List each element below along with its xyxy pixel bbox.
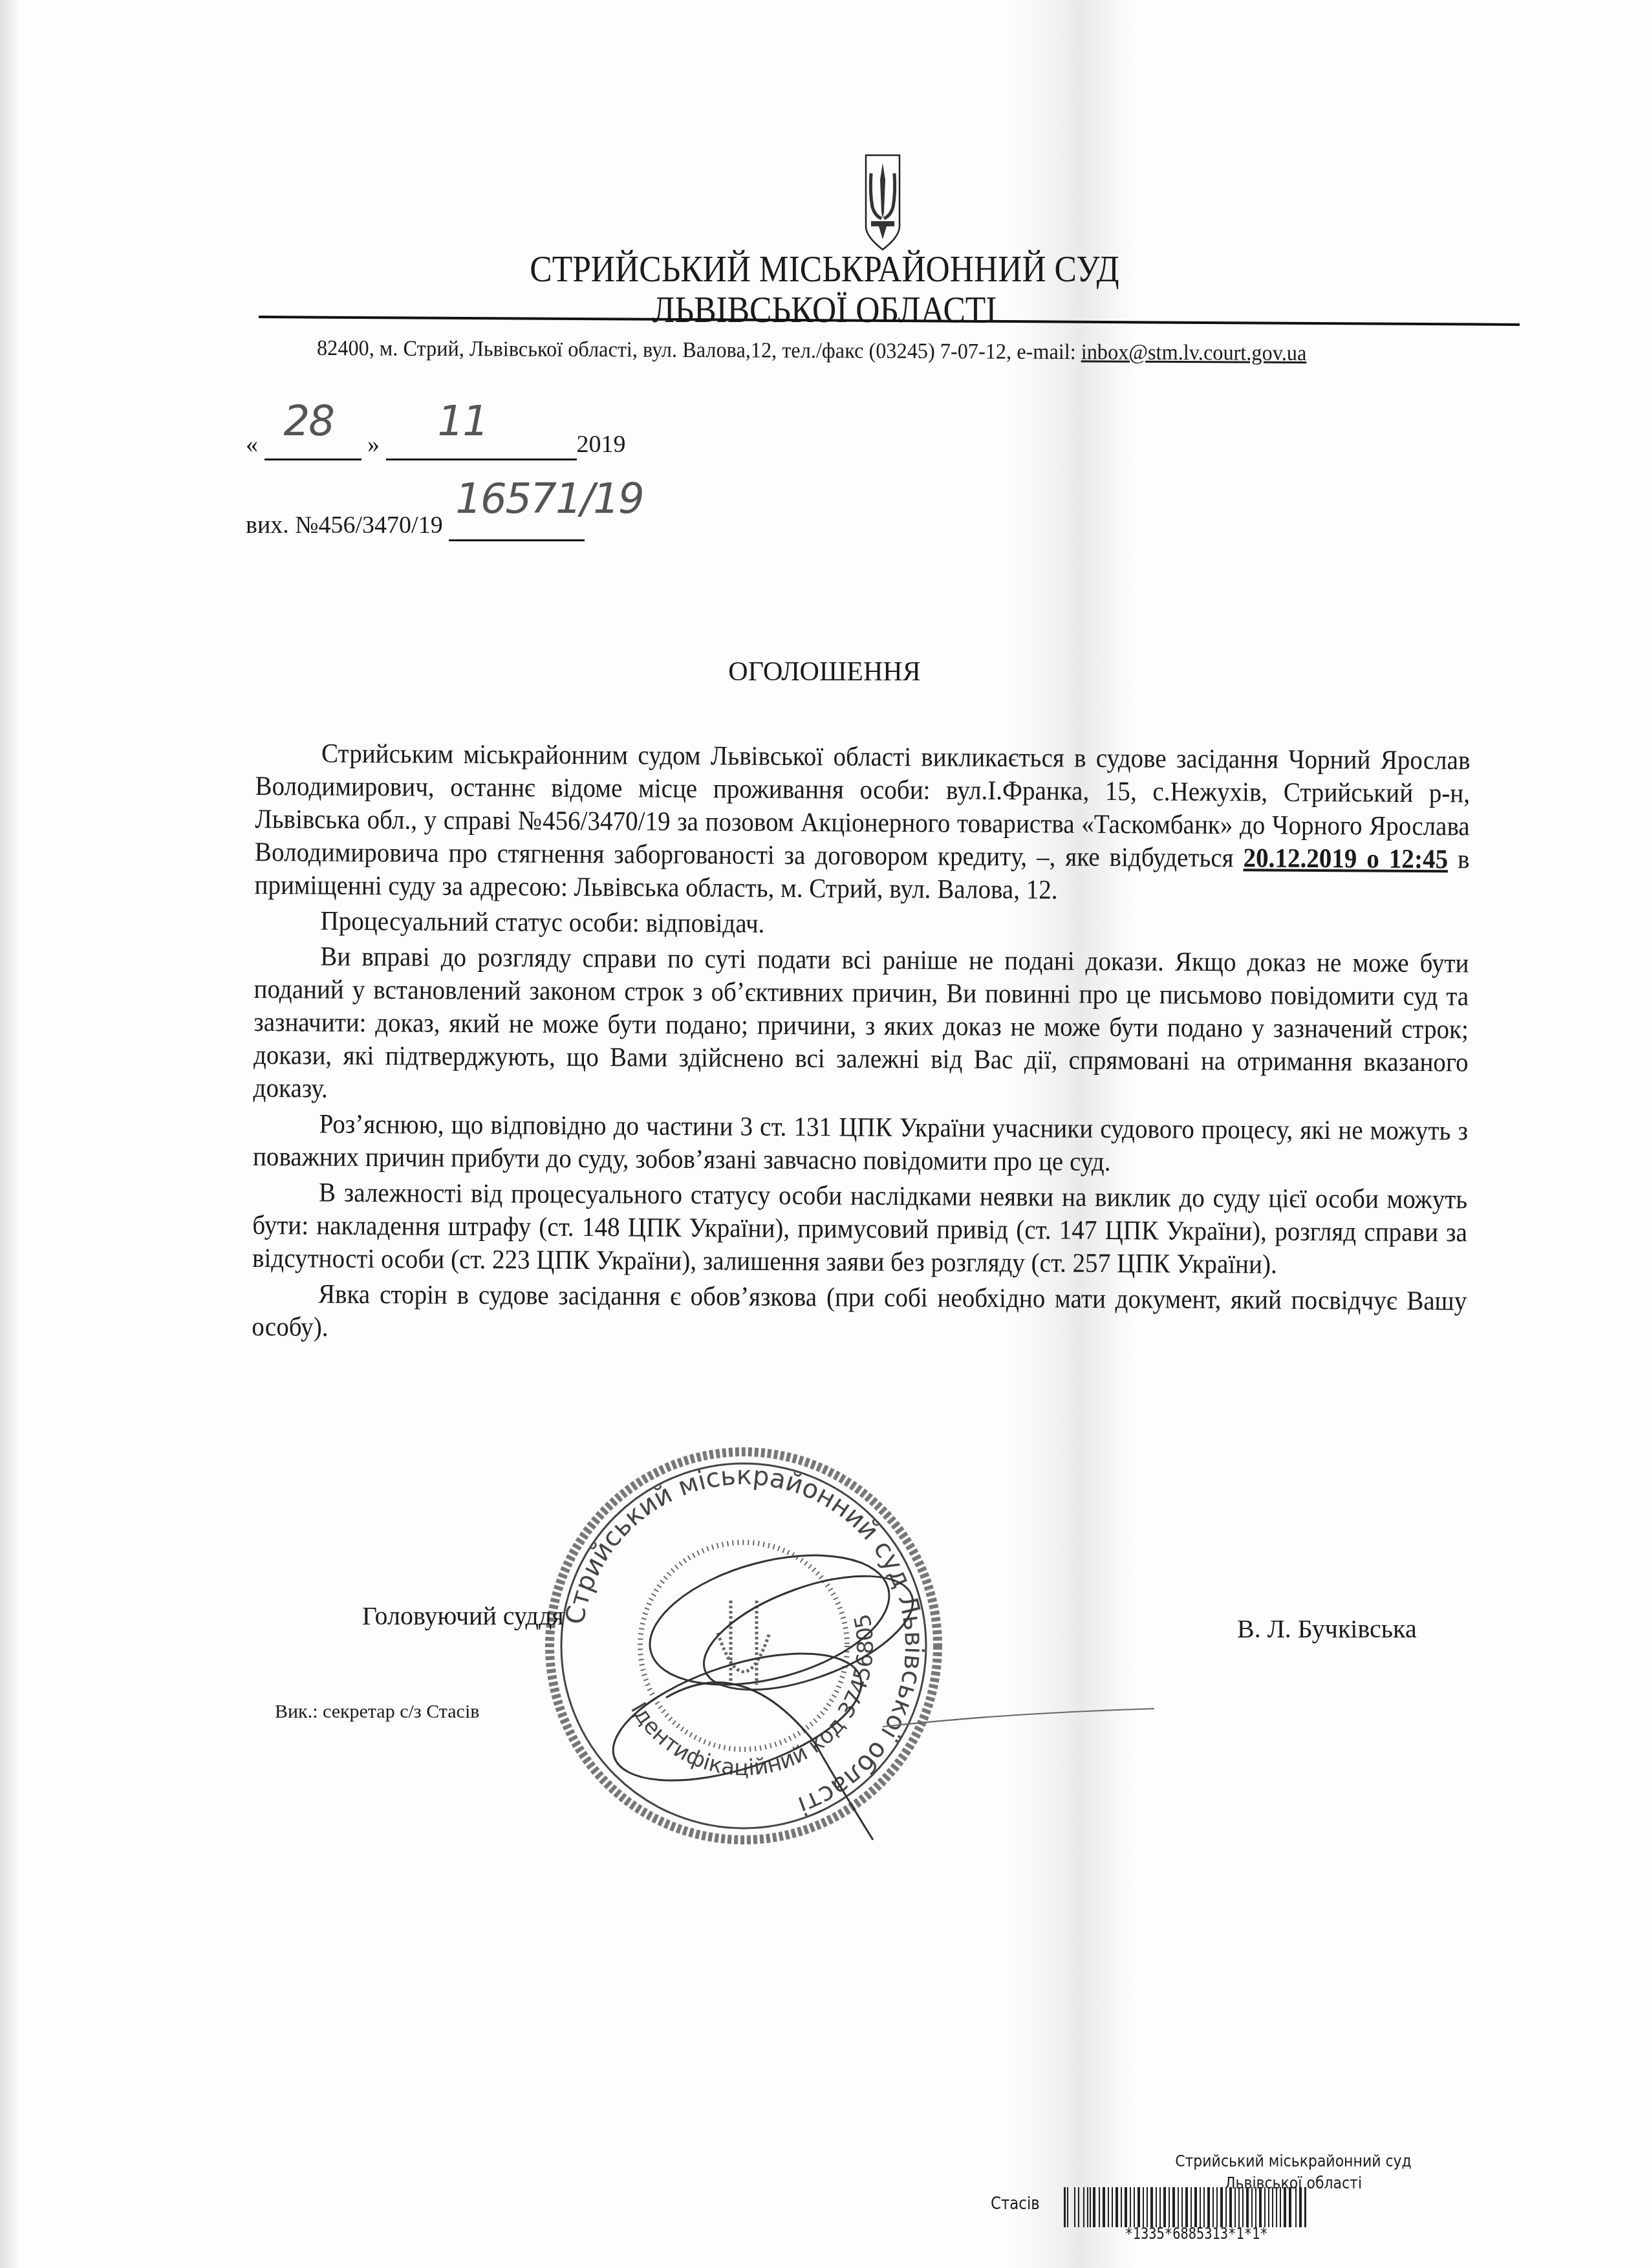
scan-edge-shadow: [0, 0, 19, 2268]
paragraph-attendance: Явка сторін в судове засідання є обов’яз…: [252, 1278, 1467, 1351]
date-open-quote: «: [246, 431, 258, 458]
outgoing-label: вих. №456/3470/19: [246, 512, 443, 539]
date-day-field: 28: [264, 430, 361, 460]
judge-name: В. Л. Бучківська: [1237, 1614, 1417, 1644]
stamp-inner-text: Ідентифікаційний код 37456805: [625, 1612, 879, 1781]
date-line: « 28 » 11 2019: [246, 430, 626, 460]
address-text: 82400, м. Стрий, Львівської області, вул…: [317, 336, 1081, 364]
hearing-datetime: 20.12.2019 о 12:45: [1244, 843, 1449, 874]
executor-line: Вик.: секретар с/з Стасів: [275, 1701, 479, 1723]
paragraph-notice: Роз’яснюю, що відповідно до частини 3 ст…: [253, 1108, 1468, 1181]
svg-text:Ідентифікаційний код 37456805: Ідентифікаційний код 37456805: [625, 1612, 879, 1781]
court-name-line2: ЛЬВІВСЬКОЇ ОБЛАСТІ: [66, 290, 1583, 331]
paragraph-consequences: В залежності від процесуального статусу …: [252, 1176, 1467, 1282]
signature-stroke: [883, 1707, 1154, 1733]
email-link[interactable]: inbox@stm.lv.court.gov.ua: [1081, 340, 1307, 365]
barcode-number: *1335*6885313*1*1*: [1108, 2225, 1284, 2243]
footer-executor: Стасів: [991, 2194, 1040, 2214]
date-year: 2019: [577, 431, 626, 458]
paragraph-evidence: Ви вправі до розгляду справи по суті под…: [253, 940, 1469, 1112]
announcement-body: Стрийським міськрайонним судом Львівсько…: [252, 737, 1470, 1351]
outgoing-number-line: вих. №456/3470/19 16571/19: [246, 511, 585, 541]
court-seal-stamp: Стрийський міськрайонний суд Львівської …: [537, 1439, 951, 1853]
announcement-title: ОГОЛОШЕННЯ: [0, 656, 1649, 687]
date-month-field: 11: [386, 430, 577, 460]
paragraph-summons: Стрийським міськрайонним судом Львівсько…: [254, 737, 1470, 909]
outgoing-number-field: 16571/19: [449, 511, 585, 541]
outgoing-number-handwritten: 16571/19: [455, 475, 643, 523]
ukraine-trident-icon: [863, 154, 902, 251]
date-month-handwritten: 11: [438, 398, 488, 446]
footer-court-line1: Стрийський міськрайонний суд: [1174, 2150, 1413, 2172]
date-day-handwritten: 28: [284, 398, 334, 446]
document-page: СТРИЙСЬКИЙ МІСЬКРАЙОННИЙ СУД ЛЬВІВСЬКОЇ …: [0, 0, 1649, 2268]
barcode-icon: [1064, 2187, 1309, 2227]
presiding-judge-label: Головуючий суддя: [362, 1601, 564, 1631]
paragraph-status: Процесуальний статус особи: відповідач.: [254, 905, 1469, 945]
court-address: 82400, м. Стрий, Львівської області, вул…: [317, 336, 1307, 366]
court-name-line1: СТРИЙСЬКИЙ МІСЬКРАЙОННИЙ СУД: [66, 249, 1583, 290]
date-close-quote: »: [367, 431, 380, 458]
